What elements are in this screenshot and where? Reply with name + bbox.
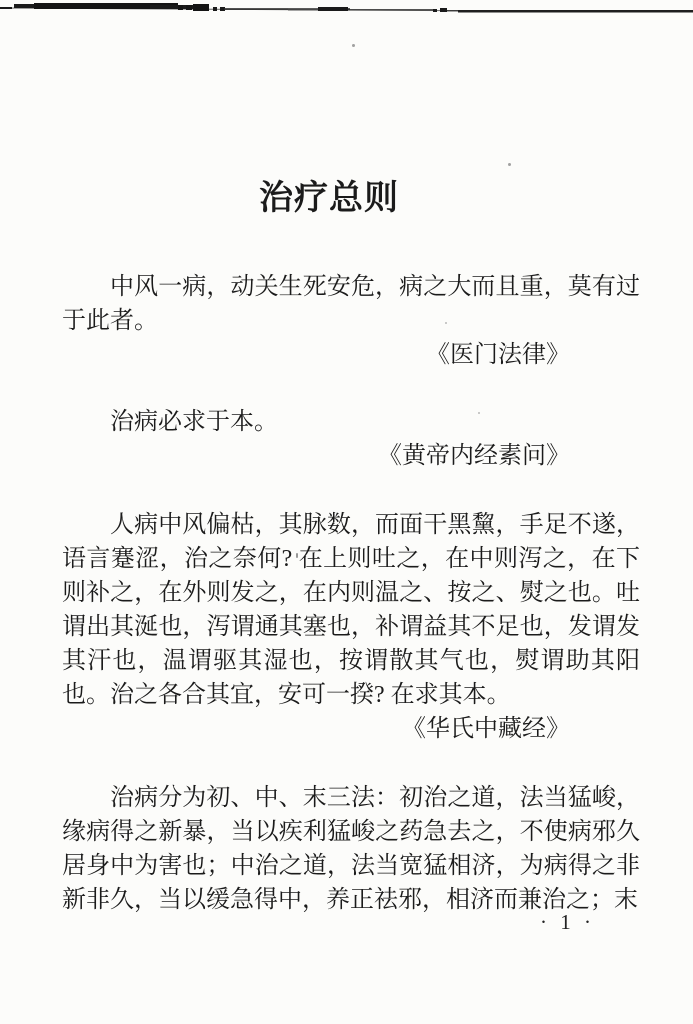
quote-section-3: 人病中风偏枯，其脉数，而面干黑黧，手足不遂，语言蹇涩，治之奈何? 在上则吐之，在… (62, 508, 640, 746)
scan-speck (508, 163, 511, 166)
scan-artifact-top-edge (0, 0, 693, 24)
quote-text: 治病分为初、中、末三法：初治之道，法当猛峻，缘病得之新暴，当以疾利猛峻之药急去之… (62, 781, 640, 917)
scan-speck (296, 553, 298, 558)
scan-speck (445, 322, 447, 324)
quote-section-4: 治病分为初、中、末三法：初治之道，法当猛峻，缘病得之新暴，当以疾利猛峻之药急去之… (62, 781, 640, 917)
quote-source: 《医门法律》 (62, 338, 640, 372)
scan-speck (352, 44, 355, 47)
page-content: 中风一病，动关生死安危，病之大而且重，莫有过于此者。 《医门法律》 治病必求于本… (62, 270, 640, 917)
quote-text: 中风一病，动关生死安危，病之大而且重，莫有过于此者。 (62, 270, 640, 338)
chapter-title: 治疗总则 (0, 170, 658, 219)
quote-text: 人病中风偏枯，其脉数，而面干黑黧，手足不遂，语言蹇涩，治之奈何? 在上则吐之，在… (62, 508, 640, 712)
scan-speck (478, 412, 480, 414)
quote-source: 《华氏中藏经》 (62, 712, 640, 746)
scanned-book-page: 治疗总则 中风一病，动关生死安危，病之大而且重，莫有过于此者。 《医门法律》 治… (0, 0, 693, 1024)
quote-section-1: 中风一病，动关生死安危，病之大而且重，莫有过于此者。 《医门法律》 (62, 270, 640, 372)
quote-text: 治病必求于本。 (62, 405, 640, 439)
quote-section-2: 治病必求于本。 《黄帝内经素问》 (62, 405, 640, 473)
page-number: · 1 · (540, 910, 595, 935)
quote-source: 《黄帝内经素问》 (62, 439, 640, 473)
